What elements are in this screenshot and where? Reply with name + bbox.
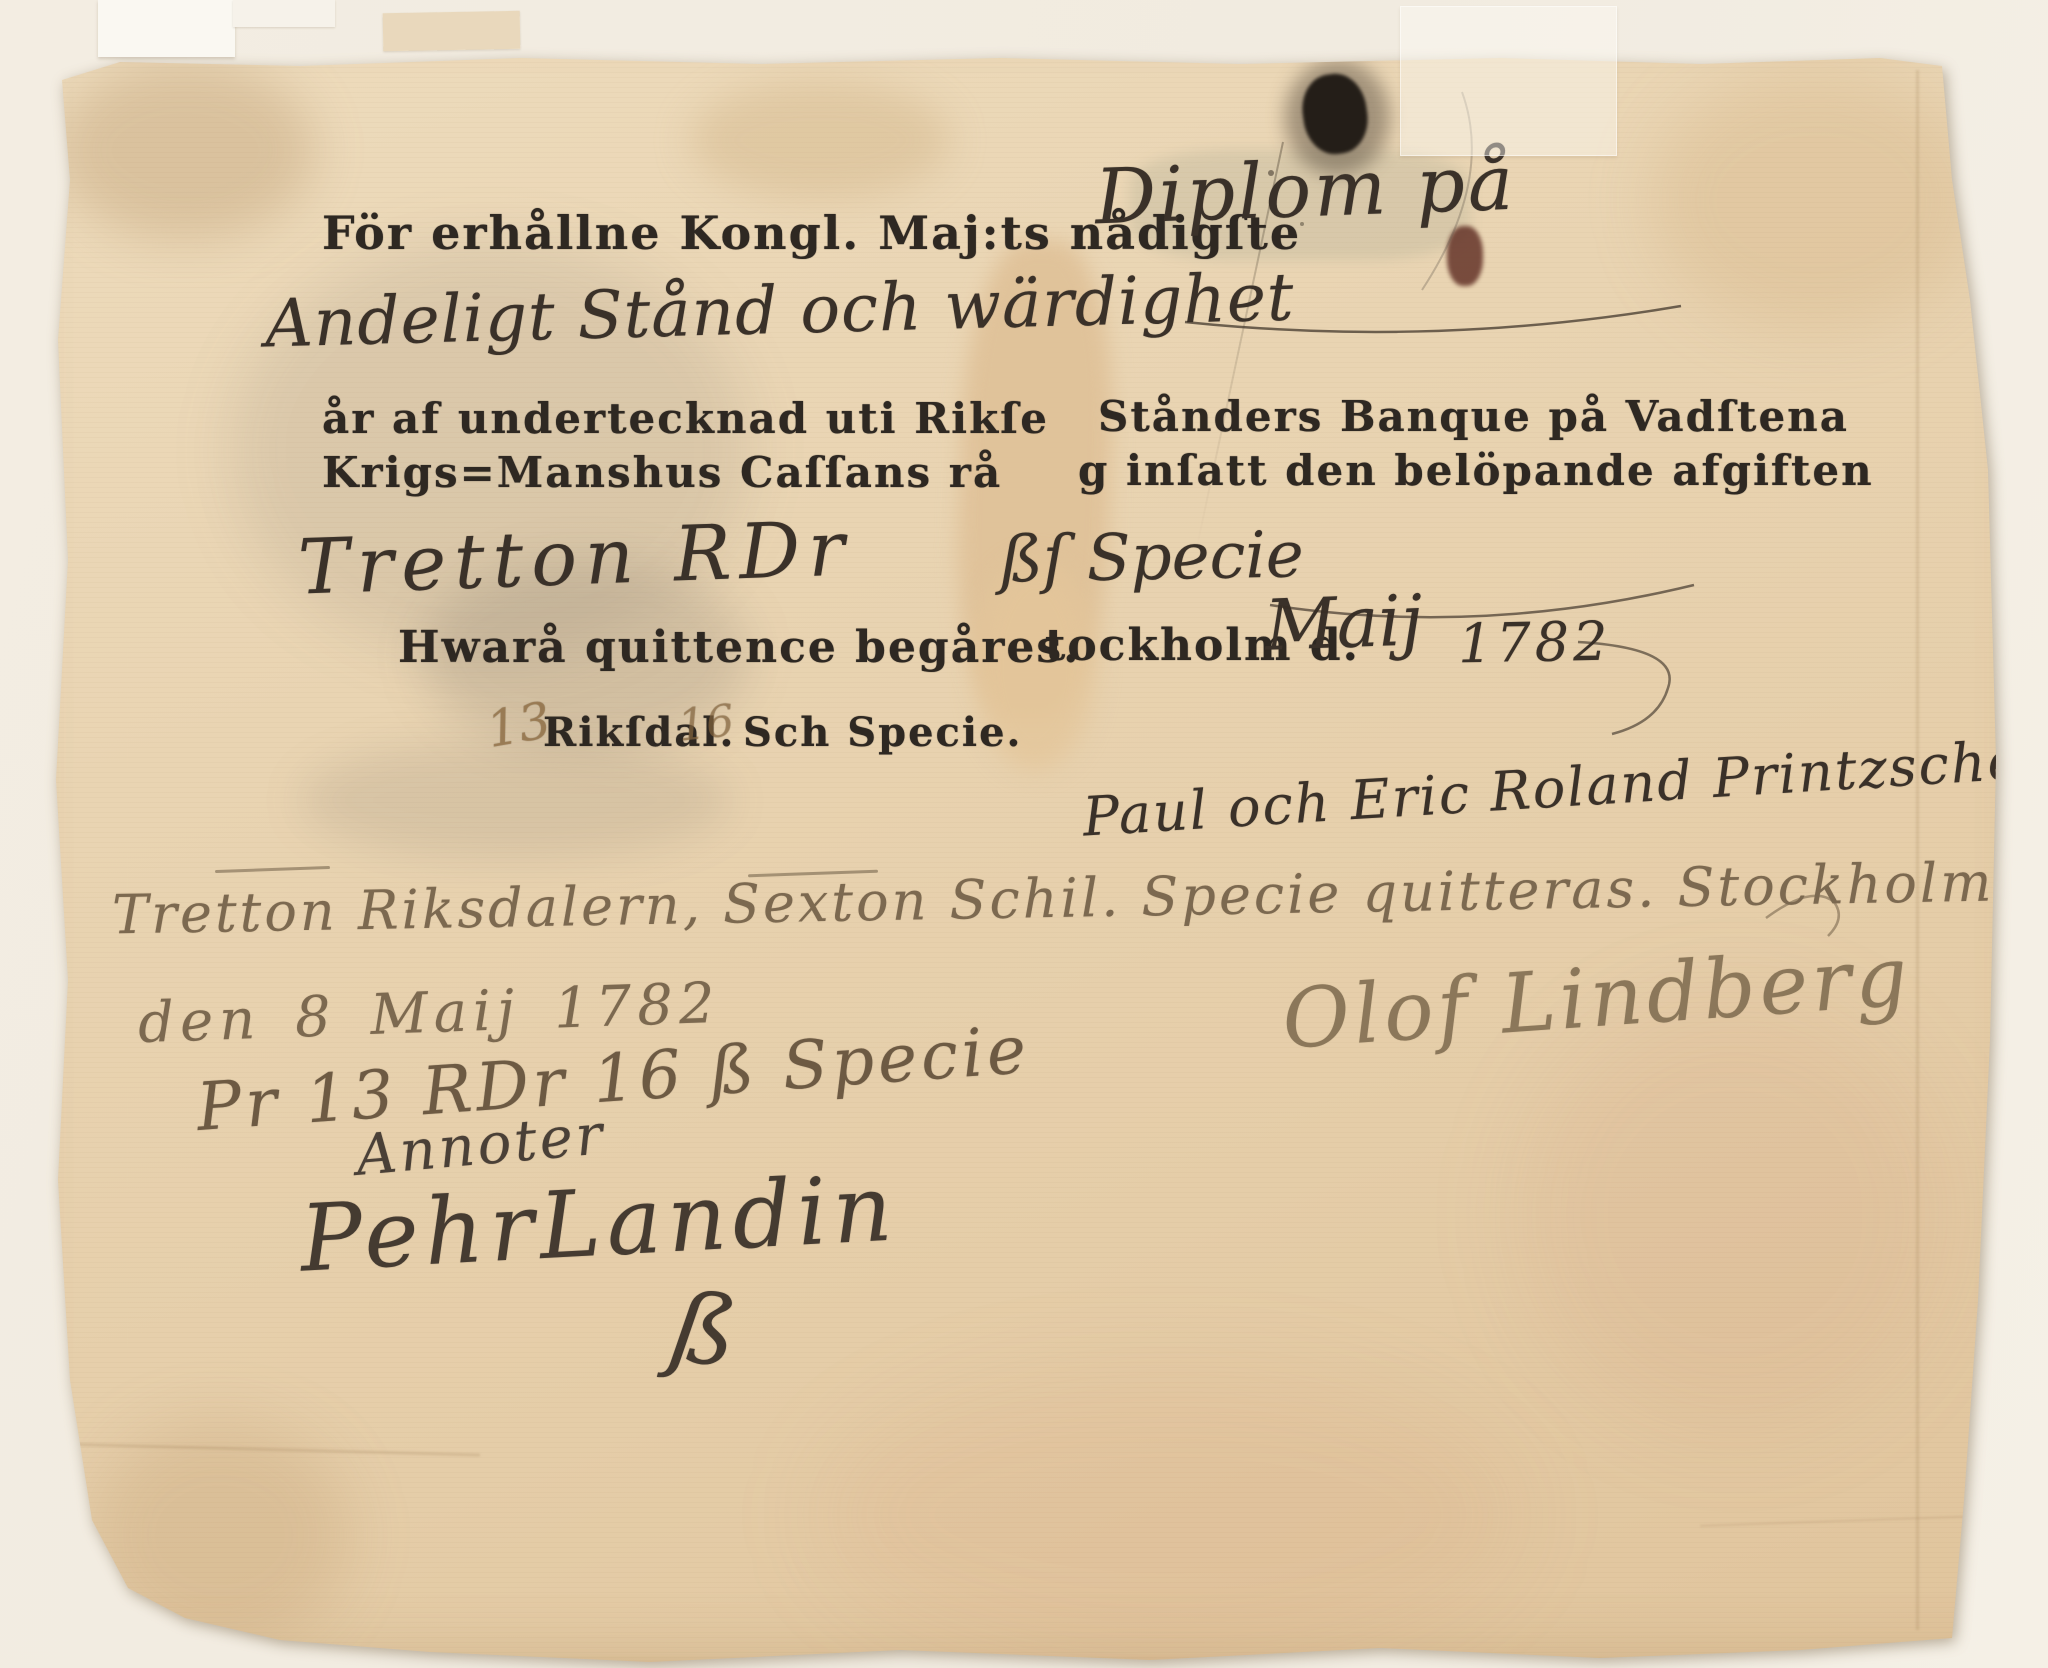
adhesive-tape <box>383 11 521 51</box>
paper-scrap <box>233 0 335 27</box>
scanned-receipt-page: För erhållne Kongl. Maj:ts nådigſte år a… <box>0 0 2048 1668</box>
receipt-paper: För erhållne Kongl. Maj:ts nådigſte år a… <box>0 0 2048 1668</box>
paper-scrap <box>98 0 235 57</box>
paper-vignette <box>0 0 2048 1668</box>
paper-shadow-layer: För erhållne Kongl. Maj:ts nådigſte år a… <box>0 0 2048 1668</box>
adhesive-tape <box>1400 6 1617 156</box>
